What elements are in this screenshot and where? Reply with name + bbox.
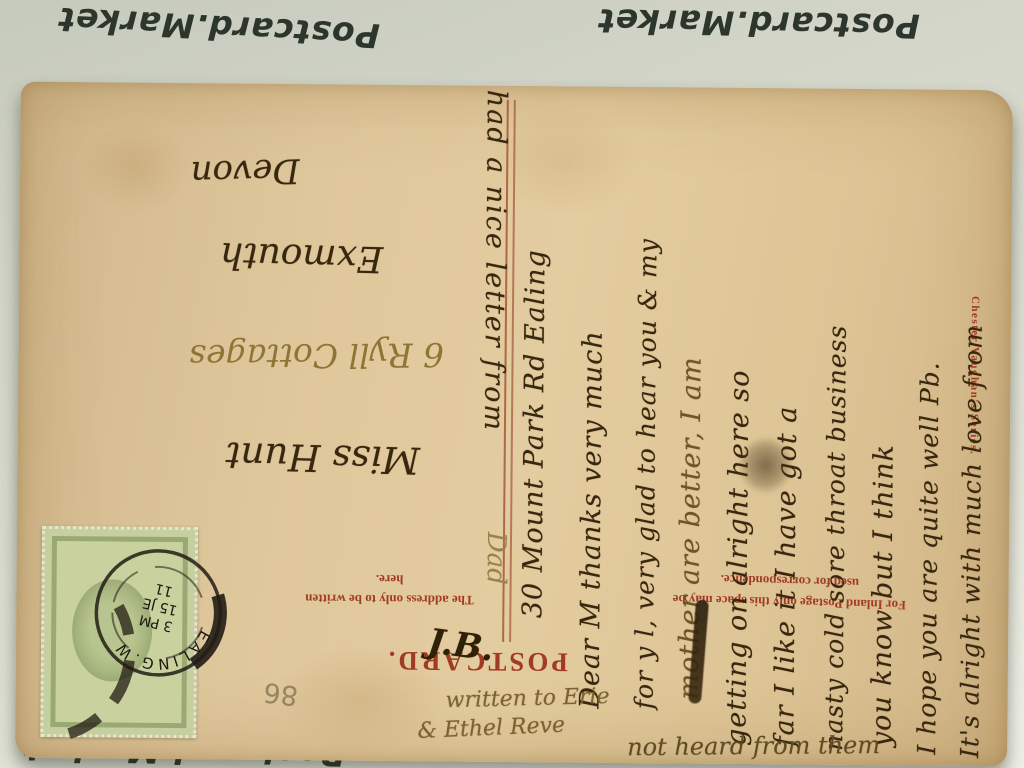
watermark-top-left: Postcard.Market — [57, 0, 380, 55]
watermark-top-right: Postcard.Market — [598, 1, 920, 46]
margin-note: had a nice letter from — [477, 90, 512, 550]
partial-cancel-arcs — [17, 530, 162, 762]
printed-address-instruction-line2: here. — [305, 568, 475, 590]
overwritten-initials: J.B. — [426, 621, 497, 669]
message-line-3: for y l, very glad to hear you & my — [623, 89, 672, 709]
message-line-1: 30 Mount Park Rd Ealing — [511, 82, 560, 619]
address-county: Devon — [170, 150, 321, 194]
address-town: Exmouth — [181, 233, 422, 280]
address-street: 6 Ryll Cottages — [136, 335, 496, 377]
printed-address-instruction-line1: The address only to be written — [304, 588, 474, 610]
message-line-2: Dear M thanks very much — [569, 89, 618, 709]
printed-address-instruction: The address only to be written here. — [304, 568, 474, 610]
message-line-8: you know but I think — [860, 127, 909, 747]
message-line-7: nasty cold sore throat business — [812, 131, 861, 751]
side-note-3: not heard from them — [627, 731, 880, 761]
postmark-year: 11 — [153, 580, 174, 600]
postmark-cancellation: EALING.W 3 PM 15 JE 11 — [17, 510, 299, 762]
address-recipient: Miss Hunt — [167, 432, 478, 483]
side-note-1: written to Erie — [445, 684, 610, 713]
message-line-4: mother are better, I am — [668, 82, 717, 700]
message-line-9: I hope you are quite well Pb. — [905, 134, 954, 754]
side-note-2: & Ethel Reve — [417, 713, 566, 744]
circular-datestamp: EALING.W 3 PM 15 JE 11 — [56, 511, 260, 715]
photo-of-postcard: Postcard.Market Postcard.Market Postcard… — [0, 0, 1024, 768]
message-line-10: It's alright with much love from — [948, 138, 997, 758]
ink-blot — [729, 428, 802, 503]
postcard-back: The address only to be written here. For… — [15, 82, 1013, 767]
